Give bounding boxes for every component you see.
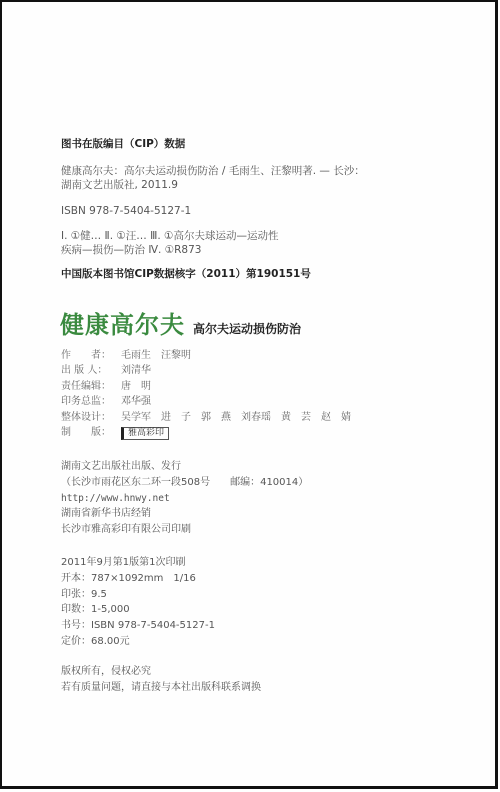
credit-editor: 责任编辑： 唐 明 [61,379,351,394]
edition: 2011年9月第1版第1次印刷 [61,555,215,571]
cip-record-line-1: 健康高尔夫：高尔夫运动损伤防治 / 毛雨生、汪黎明著. — 长沙： [61,165,365,178]
credit-value: 邓华强 [121,394,151,409]
copyright-page: 图书在版编目（CIP）数据 健康高尔夫：高尔夫运动损伤防治 / 毛雨生、汪黎明著… [0,0,498,789]
credits-list: 作 者： 毛雨生 汪黎明 出 版 人： 刘清华 责任编辑： 唐 明 印务总监： … [61,348,351,440]
publisher-info: 湖南文艺出版社出版、发行 （长沙市雨花区东二环一段508号 邮编：410014）… [61,459,308,538]
credit-print-director: 印务总监： 邓华强 [61,394,351,409]
credit-publisher: 出 版 人： 刘清华 [61,363,351,378]
cip-heading: 图书在版编目（CIP）数据 [61,138,185,151]
credit-value: 吴学军 进 子 郭 燕 刘春瑶 黄 芸 赵 婧 [121,410,351,425]
book-title: 健康高尔夫 [60,311,185,339]
printing-info: 2011年9月第1版第1次印刷 开本：787×1092mm 1/16 印张：9.… [61,555,215,650]
credit-label: 制 版： [61,425,121,440]
credit-author: 作 者： 毛雨生 汪黎明 [61,348,351,363]
price: 定价：68.00元 [61,634,215,650]
book-subtitle: 高尔夫运动损伤防治 [193,320,301,337]
sheets: 印张：9.5 [61,587,215,603]
publisher-address: （长沙市雨花区东二环一段508号 邮编：410014） [61,475,308,491]
credit-plate: 制 版： 雅高彩印 [61,425,351,440]
cip-number: 中国版本图书馆CIP数据核字（2011）第190151号 [61,268,311,281]
publisher-url: http://www.hnwy.net [61,491,308,507]
distributor: 湖南省新华书店经销 [61,506,308,522]
cip-record-line-2: 湖南文艺出版社, 2011.9 [61,179,178,192]
rights-line-2: 若有质量问题，请直接与本社出版科联系调换 [61,680,261,696]
rights-line-1: 版权所有，侵权必究 [61,664,261,680]
book-number: 书号：ISBN 978-7-5404-5127-1 [61,618,215,634]
credit-label: 作 者： [61,348,121,363]
book-title-row: 健康高尔夫 高尔夫运动损伤防治 [60,311,301,339]
format: 开本：787×1092mm 1/16 [61,571,215,587]
copies: 印数：1-5,000 [61,602,215,618]
publisher-line: 湖南文艺出版社出版、发行 [61,459,308,475]
credit-value: 毛雨生 汪黎明 [121,348,191,363]
credit-design: 整体设计： 吴学军 进 子 郭 燕 刘春瑶 黄 芸 赵 婧 [61,410,351,425]
credit-value: 唐 明 [121,379,151,394]
classification-line-2: 疾病—损伤—防治 Ⅳ. ①R873 [61,244,201,257]
cip-isbn: ISBN 978-7-5404-5127-1 [61,205,191,218]
credit-label: 出 版 人： [61,363,121,378]
printer: 长沙市雅高彩印有限公司印刷 [61,522,308,538]
credit-label: 责任编辑： [61,379,121,394]
classification-line-1: Ⅰ. ①健… Ⅱ. ①汪… Ⅲ. ①高尔夫球运动—运动性 [61,230,278,243]
plate-maker-logo: 雅高彩印 [121,427,169,440]
credit-label: 印务总监： [61,394,121,409]
credit-value: 刘清华 [121,363,151,378]
rights-notice: 版权所有，侵权必究 若有质量问题，请直接与本社出版科联系调换 [61,664,261,696]
credit-label: 整体设计： [61,410,121,425]
